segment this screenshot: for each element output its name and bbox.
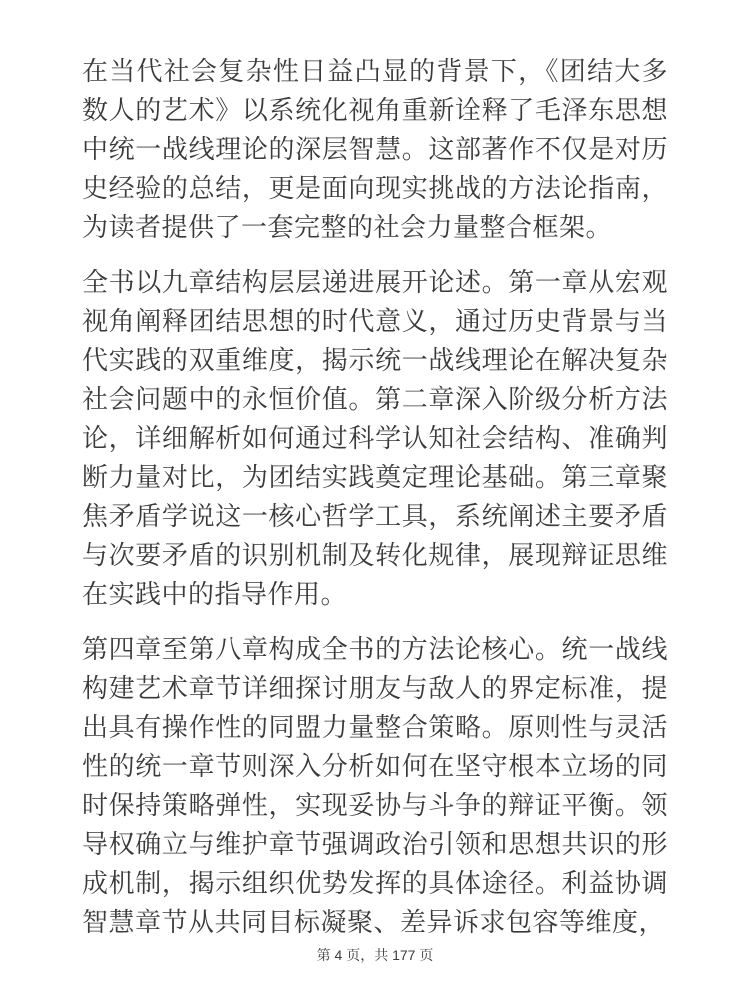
- page-number-indicator: 第 4 页，共 177 页: [0, 946, 750, 964]
- document-body: 在当代社会复杂性日益凸显的背景下，《团结大多数人的艺术》以系统化视角重新诠释了毛…: [82, 52, 668, 942]
- paragraph-2: 全书以九章结构层层递进展开论述。第一章从宏观视角阐释团结思想的时代意义，通过历史…: [82, 263, 668, 614]
- paragraph-1: 在当代社会复杂性日益凸显的背景下，《团结大多数人的艺术》以系统化视角重新诠释了毛…: [82, 52, 668, 247]
- document-page: 在当代社会复杂性日益凸显的背景下，《团结大多数人的艺术》以系统化视角重新诠释了毛…: [0, 0, 750, 1000]
- paragraph-3: 第四章至第八章构成全书的方法论核心。统一战线构建艺术章节详细探讨朋友与敌人的界定…: [82, 630, 668, 942]
